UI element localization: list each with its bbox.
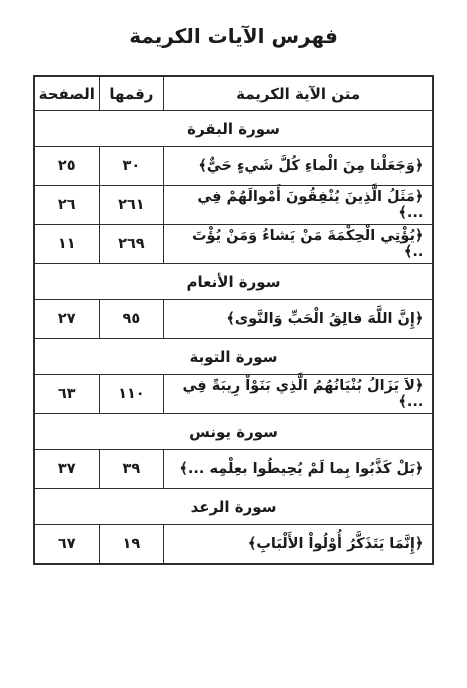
page-number: ٢٦ xyxy=(34,186,100,225)
surah-title: سورة البقرة xyxy=(34,111,434,147)
verse-row: ﴿إِنَّمَا يَتَذَكَّرُ أُوْلُواْ الأَلْبَ… xyxy=(34,525,434,565)
verse-row: ﴿يُؤْتِي الْحِكْمَةَ مَنْ يَشاءُ وَمَنْ … xyxy=(34,225,434,264)
verse-number: ١٩ xyxy=(99,525,163,565)
verse-row: ﴿بَلْ كَذَّبُوا بِما لَمْ يُحِيطُوا بعِل… xyxy=(34,450,434,489)
table-header-row: متن الآية الكريمة رقمها الصفحة xyxy=(34,76,434,111)
verse-row: ﴿مَثَلُ الَّذِينَ يُنْفِقُونَ أَمْوالَهُ… xyxy=(34,186,434,225)
surah-section-row: سورة يونس xyxy=(34,414,434,450)
verse-number: ٩٥ xyxy=(99,300,163,339)
page-number: ٦٧ xyxy=(34,525,100,565)
verse-text: ﴿إِنَّمَا يَتَذَكَّرُ أُوْلُواْ الأَلْبَ… xyxy=(163,525,433,565)
verse-number: ٣٩ xyxy=(99,450,163,489)
surah-title: سورة التوبة xyxy=(34,339,434,375)
verse-text: ﴿يُؤْتِي الْحِكْمَةَ مَنْ يَشاءُ وَمَنْ … xyxy=(163,225,433,264)
verse-text: ﴿وَجَعَلْنا مِنَ الْماءِ كُلَّ شَيءٍ حَي… xyxy=(163,147,433,186)
verse-number: ٢٦٩ xyxy=(99,225,163,264)
surah-section-row: سورة الرعد xyxy=(34,489,434,525)
surah-title: سورة الرعد xyxy=(34,489,434,525)
verse-row: ﴿لاَ يَزَالُ بُنْيَانُهُمُ الَّذِي بَنَو… xyxy=(34,375,434,414)
surah-section-row: سورة التوبة xyxy=(34,339,434,375)
page-title: فهرس الآيات الكريمة xyxy=(0,0,467,48)
page-number: ٦٣ xyxy=(34,375,100,414)
page-number: ١١ xyxy=(34,225,100,264)
page-number: ٢٥ xyxy=(34,147,100,186)
verse-number: ٣٠ xyxy=(99,147,163,186)
page-number: ٢٧ xyxy=(34,300,100,339)
verse-text: ﴿بَلْ كَذَّبُوا بِما لَمْ يُحِيطُوا بعِل… xyxy=(163,450,433,489)
surah-title: سورة يونس xyxy=(34,414,434,450)
header-page-number: الصفحة xyxy=(34,76,100,111)
page-number: ٣٧ xyxy=(34,450,100,489)
verses-index-table: متن الآية الكريمة رقمها الصفحة سورة البق… xyxy=(33,75,435,565)
header-verse-number: رقمها xyxy=(99,76,163,111)
verse-number: ١١٠ xyxy=(99,375,163,414)
surah-section-row: سورة الأنعام xyxy=(34,264,434,300)
surah-section-row: سورة البقرة xyxy=(34,111,434,147)
header-verse-text: متن الآية الكريمة xyxy=(163,76,433,111)
verse-row: ﴿إِنَّ اللَّهَ فالِقُ الْحَبِّ وَالنَّوى… xyxy=(34,300,434,339)
surah-title: سورة الأنعام xyxy=(34,264,434,300)
table-body: سورة البقرة﴿وَجَعَلْنا مِنَ الْماءِ كُلَ… xyxy=(34,111,434,565)
verse-row: ﴿وَجَعَلْنا مِنَ الْماءِ كُلَّ شَيءٍ حَي… xyxy=(34,147,434,186)
verse-text: ﴿مَثَلُ الَّذِينَ يُنْفِقُونَ أَمْوالَهُ… xyxy=(163,186,433,225)
verse-text: ﴿إِنَّ اللَّهَ فالِقُ الْحَبِّ وَالنَّوى… xyxy=(163,300,433,339)
verse-text: ﴿لاَ يَزَالُ بُنْيَانُهُمُ الَّذِي بَنَو… xyxy=(163,375,433,414)
scanned-book-page: فهرس الآيات الكريمة متن الآية الكريمة رق… xyxy=(0,0,467,688)
verse-number: ٢٦١ xyxy=(99,186,163,225)
